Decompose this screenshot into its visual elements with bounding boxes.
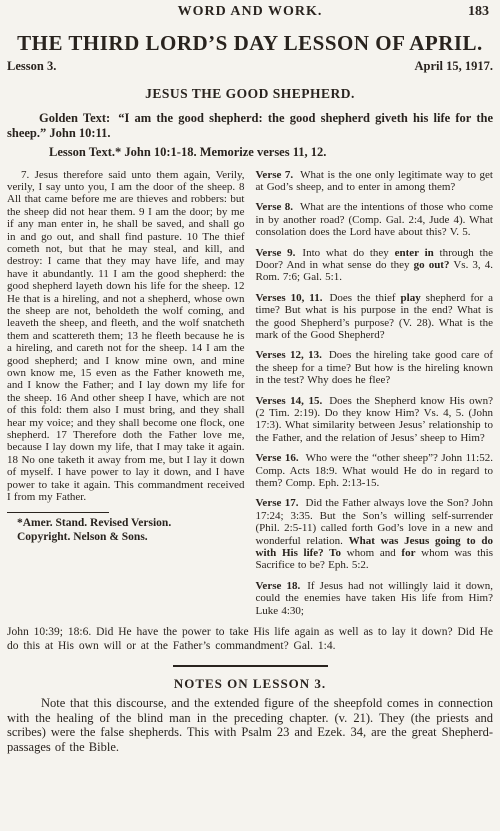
lesson-number: Lesson 3. — [7, 59, 56, 74]
lesson-main-title: THE THIRD LORD’S DAY LESSON OF APRIL. — [7, 31, 493, 56]
question-label: Verses 14, 15. — [256, 395, 323, 407]
footnote: *Amer. Stand. Revised Version. Copyright… — [7, 516, 245, 544]
question-item: Verse 17.Did the Father always love the … — [256, 497, 494, 571]
question-label: Verse 16. — [256, 452, 299, 464]
notes-heading: NOTES ON LESSON 3. — [7, 676, 493, 692]
scanned-page: WORD AND WORK. 183 THE THIRD LORD’S DAY … — [0, 0, 500, 831]
question-label: Verses 10, 11. — [256, 292, 323, 304]
questions-list: Verse 7.What is the one only legitimate … — [256, 169, 494, 618]
question-item: Verses 10, 11.Does the thief play shephe… — [256, 292, 494, 342]
two-column-body: 7. Jesus therefore said unto them again,… — [7, 169, 493, 626]
journal-title: WORD AND WORK. — [7, 4, 493, 20]
page-number: 183 — [468, 4, 489, 20]
footnote-line: *Amer. Stand. Revised Version. — [17, 516, 245, 530]
question-label: Verse 7. — [256, 169, 294, 181]
question-item: Verses 12, 13.Does the hireling take goo… — [256, 349, 494, 386]
notes-body: Note that this discourse, and the extend… — [7, 696, 493, 754]
question-item: Verse 9.Into what do they enter in throu… — [256, 247, 494, 284]
footnote-line: Copyright. Nelson & Sons. — [17, 530, 245, 544]
golden-text: Golden Text:“I am the good shepherd: the… — [7, 111, 493, 142]
question-item: Verses 14, 15.Does the Shepherd know His… — [256, 395, 494, 445]
questions-column: Verse 7.What is the one only legitimate … — [256, 169, 494, 626]
question-item: Verse 7.What is the one only legitimate … — [256, 169, 494, 194]
question-label: Verse 18. — [256, 580, 301, 592]
lesson-subtitle: JESUS THE GOOD SHEPHERD. — [7, 86, 493, 102]
question-label: Verse 17. — [256, 497, 299, 509]
question-label: Verse 8. — [256, 201, 294, 213]
continuation-paragraph: John 10:39; 18:6. Did He have the power … — [7, 626, 493, 653]
section-divider-rule — [173, 665, 328, 667]
question-label: Verse 9. — [256, 247, 296, 259]
scripture-column: 7. Jesus therefore said unto them again,… — [7, 169, 245, 626]
question-item: Verse 16.Who were the “other sheep”? Joh… — [256, 452, 494, 489]
question-label: Verses 12, 13. — [256, 349, 322, 361]
question-item: Verse 18.If Jesus had not willingly laid… — [256, 580, 494, 617]
running-head: WORD AND WORK. 183 — [7, 4, 493, 22]
footnote-rule — [7, 512, 109, 513]
lesson-meta-row: Lesson 3. April 15, 1917. — [7, 59, 493, 74]
scripture-text: 7. Jesus therefore said unto them again,… — [7, 169, 245, 504]
question-item: Verse 8.What are the intentions of those… — [256, 201, 494, 238]
lesson-text-line: Lesson Text.* John 10:1-18. Memorize ver… — [7, 145, 493, 160]
golden-text-label: Golden Text: — [39, 111, 110, 125]
lesson-date: April 15, 1917. — [415, 59, 493, 74]
